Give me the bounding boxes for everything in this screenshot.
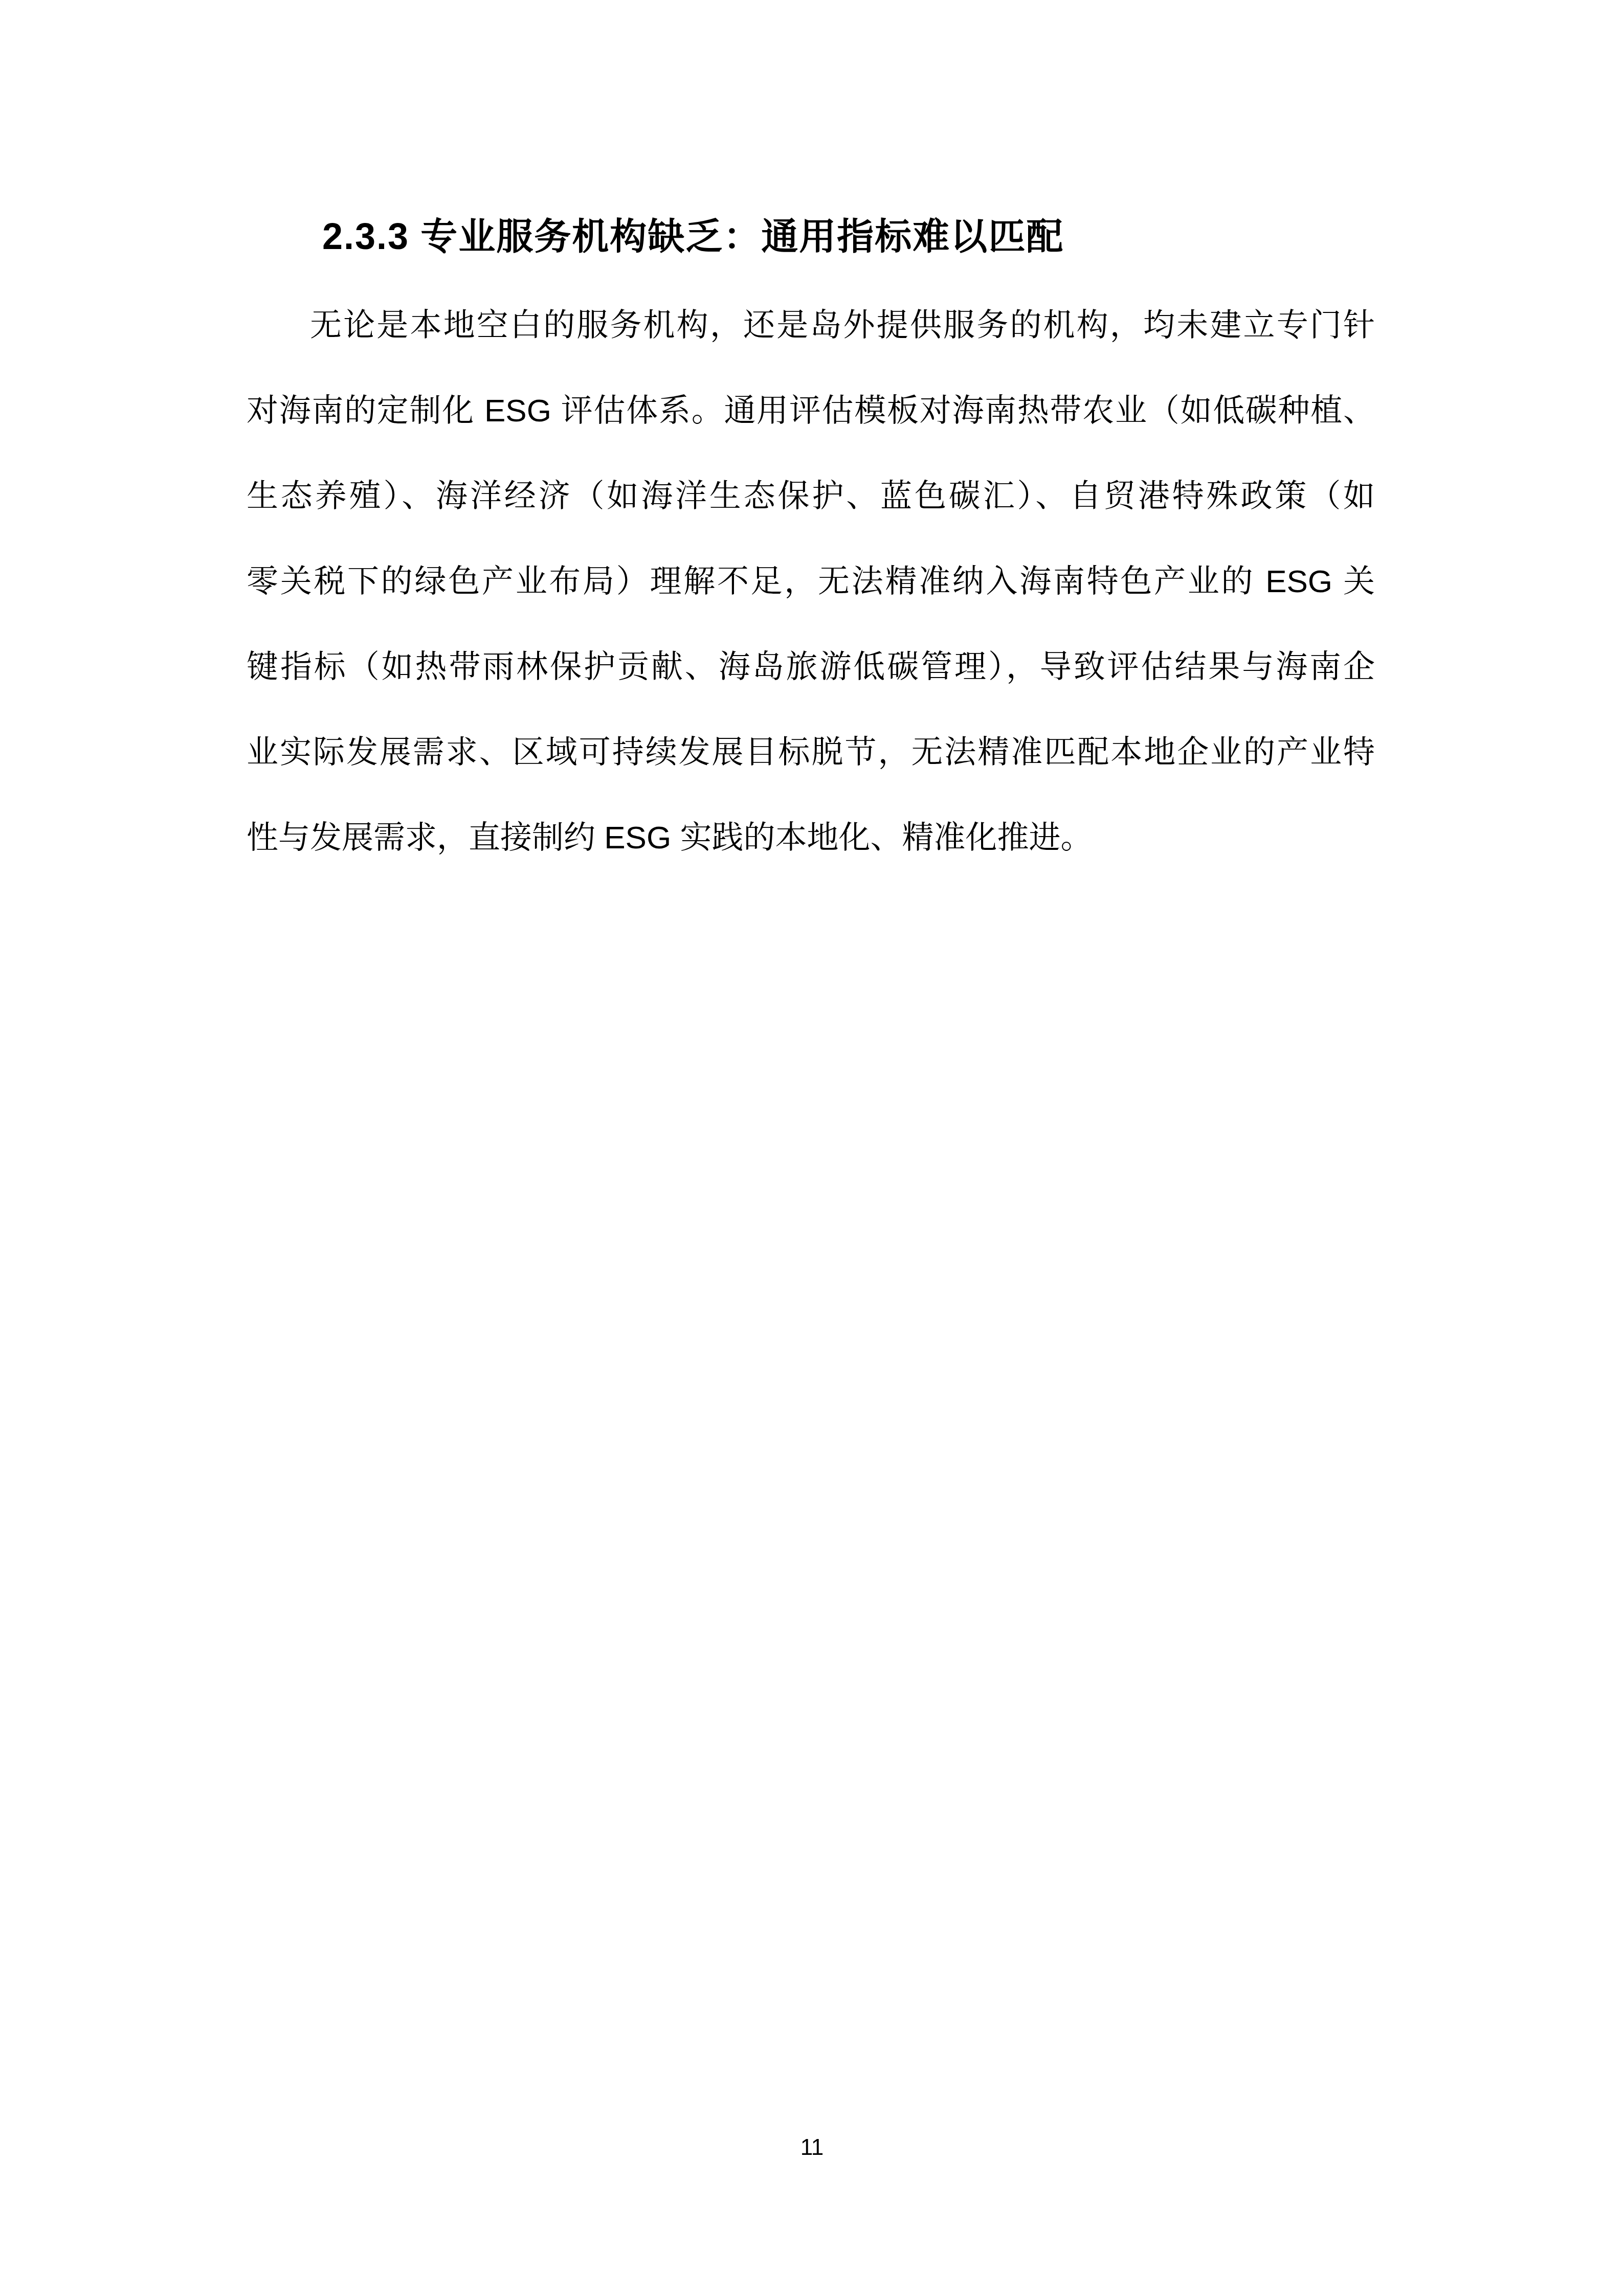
- section-heading: 2.3.3 专业服务机构缺乏：通用指标难以匹配: [322, 210, 1064, 263]
- document-page: 2.3.3 专业服务机构缺乏：通用指标难以匹配 无论是本地空白的服务机构，还是岛…: [0, 0, 1624, 2296]
- paragraph-line: 零关税下的绿色产业布局）理解不足，无法精准纳入海南特色产业的 ESG 关: [247, 539, 1375, 624]
- paragraph-line: 键指标（如热带雨林保护贡献、海岛旅游低碳管理），导致评估结果与海南企: [247, 624, 1375, 710]
- body-paragraph: 无论是本地空白的服务机构，还是岛外提供服务的机构，均未建立专门针 对海南的定制化…: [247, 283, 1375, 881]
- paragraph-line: 生态养殖）、海洋经济（如海洋生态保护、蓝色碳汇）、自贸港特殊政策（如: [247, 454, 1375, 539]
- paragraph-line: 无论是本地空白的服务机构，还是岛外提供服务的机构，均未建立专门针: [247, 283, 1375, 368]
- page-number: 11: [0, 2132, 1624, 2163]
- paragraph-line: 对海南的定制化 ESG 评估体系。通用评估模板对海南热带农业（如低碳种植、: [247, 368, 1375, 454]
- paragraph-line: 性与发展需求，直接制约 ESG 实践的本地化、精准化推进。: [247, 795, 1375, 881]
- paragraph-line: 业实际发展需求、区域可持续发展目标脱节，无法精准匹配本地企业的产业特: [247, 710, 1375, 795]
